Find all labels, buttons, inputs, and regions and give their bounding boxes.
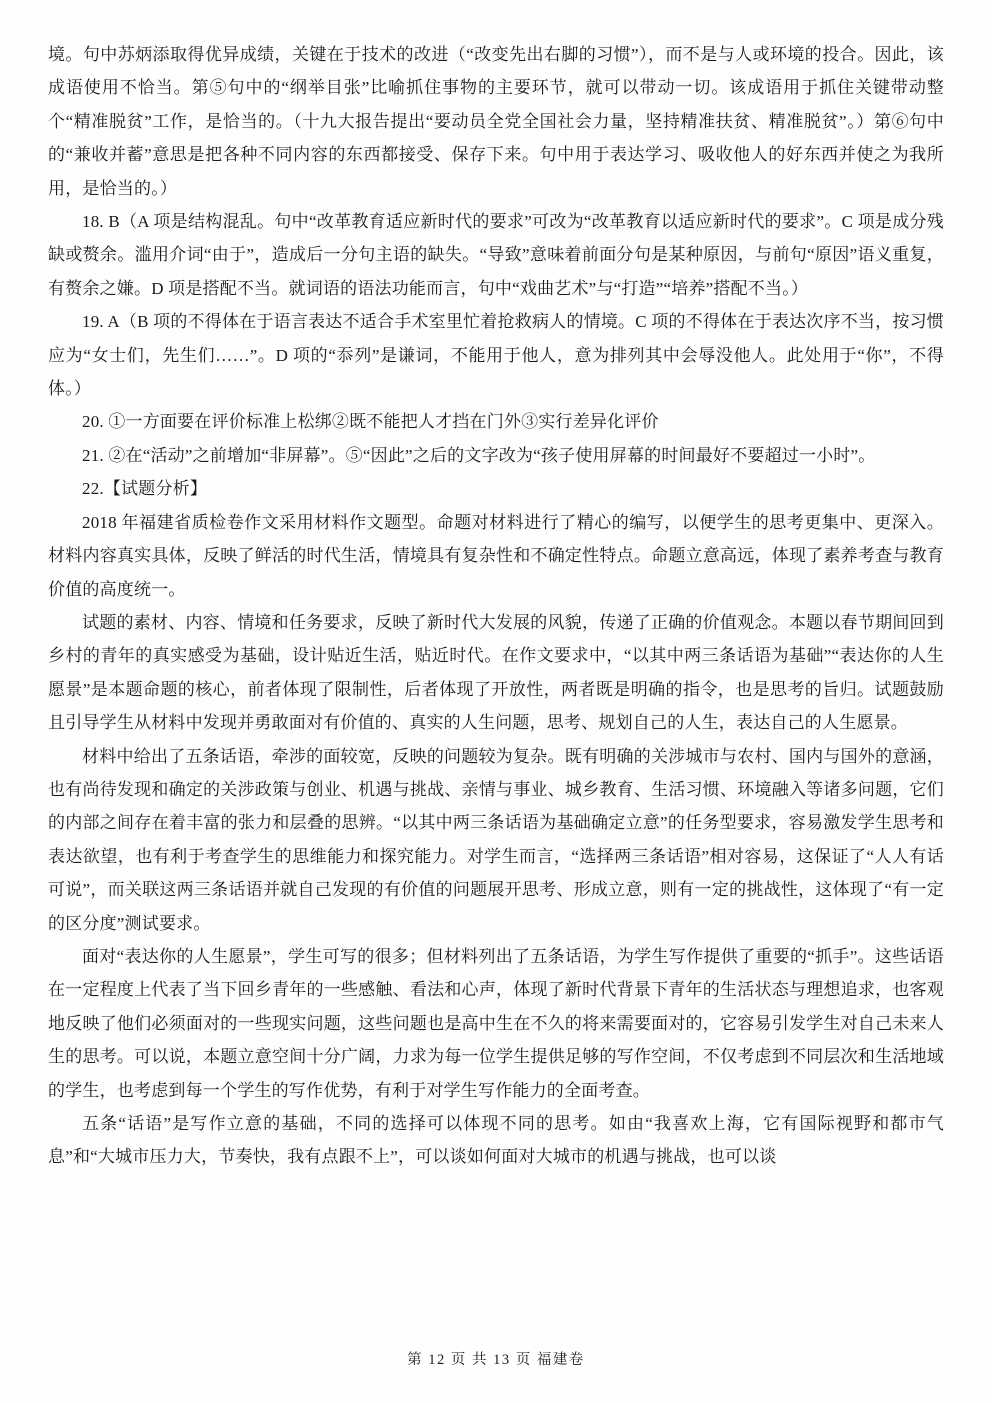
document-page: 境。句中苏炳添取得优异成绩，关键在于技术的改进（“改变先出右脚的习惯”），而不是…	[0, 0, 992, 1403]
analysis-paragraph-5: 五条“话语”是写作立意的基础，不同的选择可以体现不同的思考。如由“我喜欢上海，它…	[48, 1107, 944, 1174]
answer-item-19: 19. A（B 项的不得体在于语言表达不适合手术室里忙着抢救病人的情境。C 项的…	[48, 305, 944, 405]
answer-item-21: 21. ②在“活动”之前增加“非屏幕”。⑤“因此”之后的文字改为“孩子使用屏幕的…	[48, 439, 944, 472]
analysis-paragraph-4: 面对“表达你的人生愿景”，学生可写的很多；但材料列出了五条话语，为学生写作提供了…	[48, 940, 944, 1107]
analysis-paragraph-1: 2018 年福建省质检卷作文采用材料作文题型。命题对材料进行了精心的编写，以便学…	[48, 506, 944, 606]
paragraph-continuation: 境。句中苏炳添取得优异成绩，关键在于技术的改进（“改变先出右脚的习惯”），而不是…	[48, 38, 944, 205]
page-footer: 第 12 页 共 13 页 福建卷	[0, 1348, 992, 1369]
answer-item-20: 20. ①一方面要在评价标准上松绑②既不能把人才挡在门外③实行差异化评价	[48, 405, 944, 438]
document-body: 境。句中苏炳添取得优异成绩，关键在于技术的改进（“改变先出右脚的习惯”），而不是…	[48, 38, 944, 1174]
analysis-paragraph-2: 试题的素材、内容、情境和任务要求，反映了新时代大发展的风貌，传递了正确的价值观念…	[48, 606, 944, 740]
answer-item-22-heading: 22.【试题分析】	[48, 472, 944, 505]
analysis-paragraph-3: 材料中给出了五条话语，牵涉的面较宽，反映的问题较为复杂。既有明确的关涉城市与农村…	[48, 740, 944, 940]
answer-item-18: 18. B（A 项是结构混乱。句中“改革教育适应新时代的要求”可改为“改革教育以…	[48, 205, 944, 305]
